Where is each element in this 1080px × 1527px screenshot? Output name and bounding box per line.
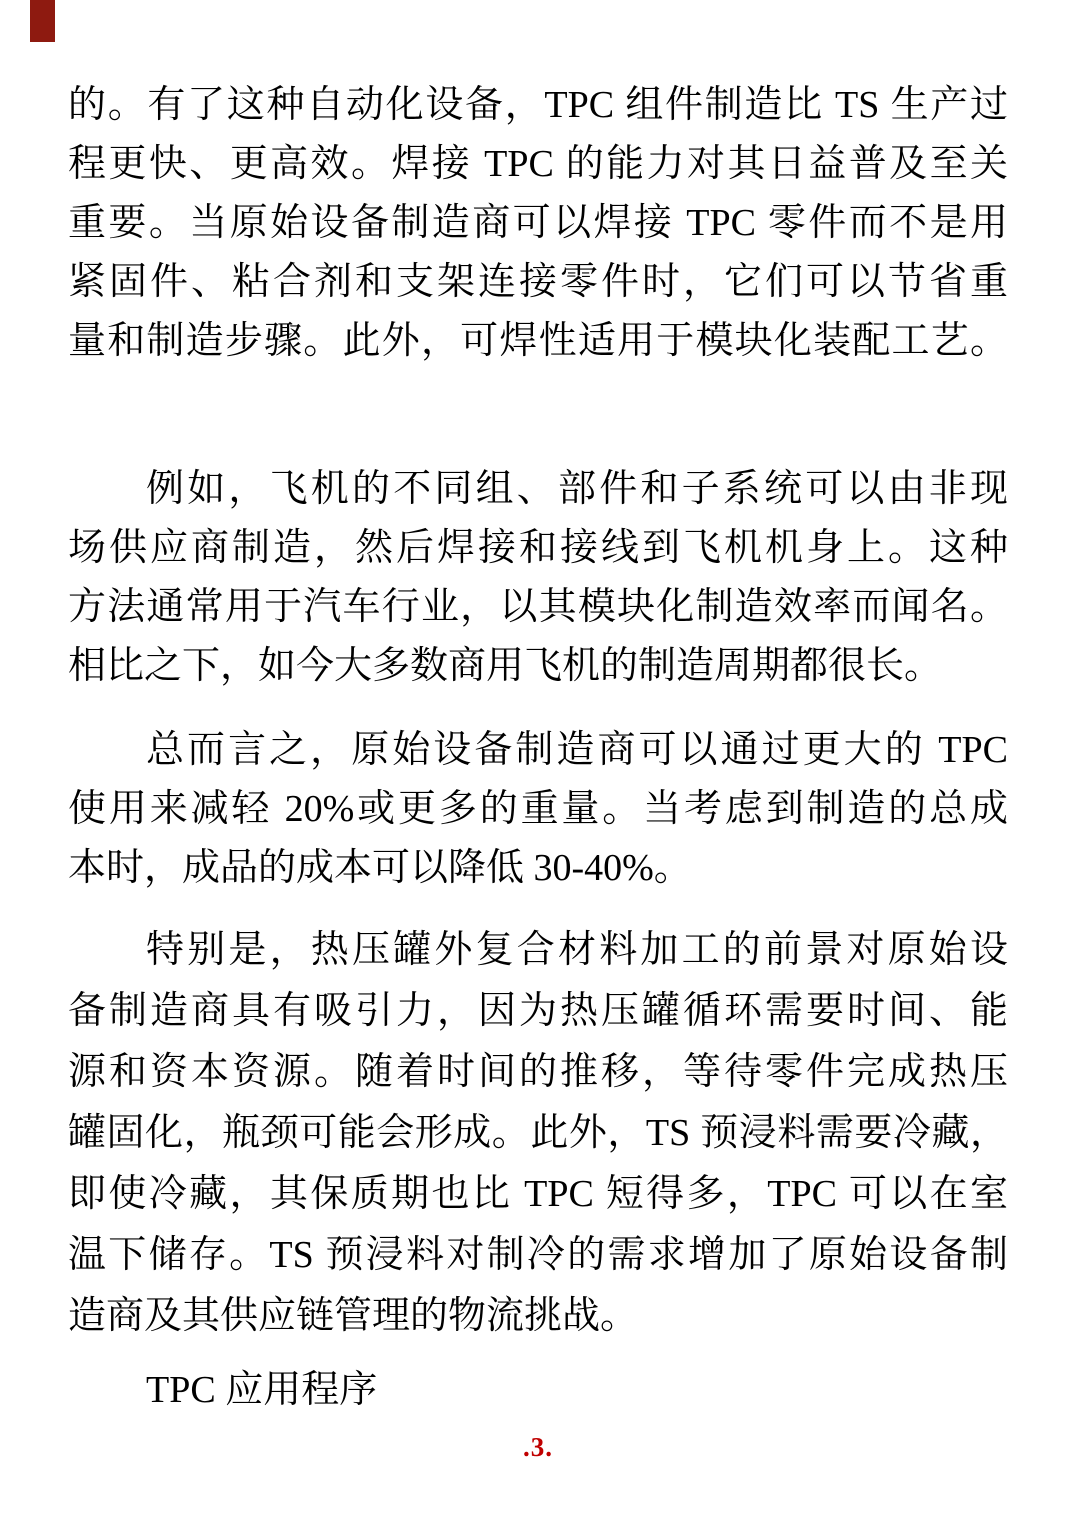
paragraph-2: 例如，飞机的不同组、部件和子系统可以由非现场供应商制造，然后焊接和接线到飞机机身… xyxy=(68,460,1008,696)
section-heading: TPC 应用程序 xyxy=(68,1361,1008,1420)
text-line: 总而言之，原始设备制造商可以通过更大的 TPC xyxy=(68,721,1008,780)
text-line: 的。有了这种自动化设备，TPC 组件制造比 TS 生产过 xyxy=(68,76,1008,135)
text-line: 方法通常用于汽车行业，以其模块化制造效率而闻名。 xyxy=(68,578,1008,637)
paragraphs: 的。有了这种自动化设备，TPC 组件制造比 TS 生产过程更快、更高效。焊接 T… xyxy=(68,76,1008,1347)
text-line: 例如，飞机的不同组、部件和子系统可以由非现 xyxy=(68,460,1008,519)
text-line: 相比之下，如今大多数商用飞机的制造周期都很长。 xyxy=(68,637,1008,696)
text-line: 使用来减轻 20%或更多的重量。当考虑到制造的总成 xyxy=(68,780,1008,839)
text-line: 备制造商具有吸引力，因为热压罐循环需要时间、能 xyxy=(68,981,1008,1042)
paragraph-1: 的。有了这种自动化设备，TPC 组件制造比 TS 生产过程更快、更高效。焊接 T… xyxy=(68,76,1008,371)
page-number: .3. xyxy=(68,1432,1008,1462)
corner-bookmark-icon xyxy=(30,0,55,42)
text-line: 场供应商制造，然后焊接和接线到飞机机身上。这种 xyxy=(68,519,1008,578)
text-content: 的。有了这种自动化设备，TPC 组件制造比 TS 生产过程更快、更高效。焊接 T… xyxy=(68,76,1008,1462)
text-line: 程更快、更高效。焊接 TPC 的能力对其日益普及至关 xyxy=(68,135,1008,194)
document-page: 的。有了这种自动化设备，TPC 组件制造比 TS 生产过程更快、更高效。焊接 T… xyxy=(0,0,1080,1527)
text-line: 温下储存。TS 预浸料对制冷的需求增加了原始设备制 xyxy=(68,1225,1008,1286)
paragraph-4: 特别是，热压罐外复合材料加工的前景对原始设备制造商具有吸引力，因为热压罐循环需要… xyxy=(68,920,1008,1347)
text-line: 罐固化，瓶颈可能会形成。此外，TS 预浸料需要冷藏， xyxy=(68,1103,1008,1164)
text-line: 量和制造步骤。此外，可焊性适用于模块化装配工艺。 xyxy=(68,312,1008,371)
text-line: 本时，成品的成本可以降低 30-40%。 xyxy=(68,839,1008,898)
text-line: 造商及其供应链管理的物流挑战。 xyxy=(68,1286,1008,1347)
text-line: 即使冷藏，其保质期也比 TPC 短得多，TPC 可以在室 xyxy=(68,1164,1008,1225)
text-line: 重要。当原始设备制造商可以焊接 TPC 零件而不是用 xyxy=(68,194,1008,253)
text-line: 紧固件、粘合剂和支架连接零件时，它们可以节省重 xyxy=(68,253,1008,312)
text-line: 特别是，热压罐外复合材料加工的前景对原始设 xyxy=(68,920,1008,981)
paragraph-3: 总而言之，原始设备制造商可以通过更大的 TPC使用来减轻 20%或更多的重量。当… xyxy=(68,721,1008,898)
text-line: 源和资本资源。随着时间的推移，等待零件完成热压 xyxy=(68,1042,1008,1103)
